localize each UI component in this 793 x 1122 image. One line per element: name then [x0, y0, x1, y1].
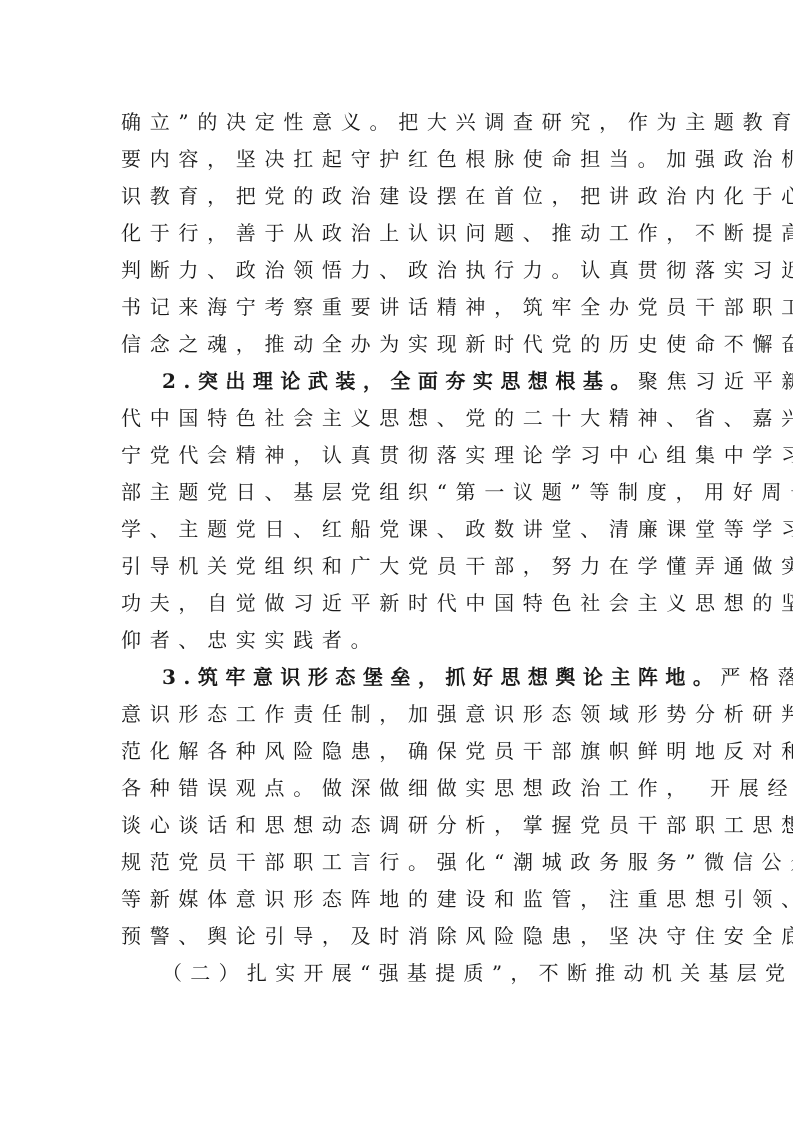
text-line: 仰者、忠实实践者。 [121, 622, 673, 659]
text-line: 引导机关党组织和广大党员干部，努力在学懂弄通做实上下 [121, 548, 673, 585]
text-line: 确立”的决定性意义。把大兴调查研究，作为主题教育的重 [121, 104, 673, 141]
text-line: 各种错误观点。做深做细做实思想政治工作， 开展经常性 [121, 770, 673, 807]
text-line: 书记来海宁考察重要讲话精神，筑牢全办党员干部职工理想 [121, 289, 673, 326]
paragraph-2-lead: 聚焦习近平新时 [638, 369, 793, 393]
document-page: 确立”的决定性意义。把大兴调查研究，作为主题教育的重 要内容，坚决扛起守护红色根… [0, 0, 793, 1122]
paragraph-2-heading: 2.突出理论武装，全面夯实思想根基。 [162, 369, 638, 393]
text-line: 部主题党日、基层党组织“第一议题”等制度，用好周一夜 [121, 474, 673, 511]
text-line: 范化解各种风险隐患，确保党员干部旗帜鲜明地反对和抵制 [121, 733, 673, 770]
text-line: 谈心谈话和思想动态调研分析，掌握党员干部职工思想动态， [121, 807, 673, 844]
text-line: 功夫，自觉做习近平新时代中国特色社会主义思想的坚定信 [121, 585, 673, 622]
text-line: 学、主题党日、红船党课、政数讲堂、清廉课堂等学习载体， [121, 511, 673, 548]
paragraph-3-heading: 3.筑牢意识形态堡垒，抓好思想舆论主阵地。 [162, 665, 720, 689]
text-line: 规范党员干部职工言行。强化“潮城政务服务”微信公众号 [121, 844, 673, 881]
text-line: 代中国特色社会主义思想、党的二十大精神、省、嘉兴、海 [121, 400, 673, 437]
text-line: 预警、舆论引导，及时消除风险隐患，坚决守住安全底线。 [121, 918, 673, 955]
text-line: 要内容，坚决扛起守护红色根脉使命担当。加强政治机关意 [121, 141, 673, 178]
section-2-heading: （二）扎实开展“强基提质”，不断推动机关基层党组 [162, 955, 673, 992]
text-line: 宁党代会精神，认真贯彻落实理论学习中心组集中学习、支 [121, 437, 673, 474]
text-line: 等新媒体意识形态阵地的建设和监管，注重思想引领、预见 [121, 881, 673, 918]
text-line: 判断力、政治领悟力、政治执行力。认真贯彻落实习近平总 [121, 252, 673, 289]
text-line: 意识形态工作责任制，加强意识形态领域形势分析研判，防 [121, 696, 673, 733]
paragraph-3-lead: 严格落实 [720, 665, 793, 689]
text-line: 化于行，善于从政治上认识问题、推动工作，不断提高政治 [121, 215, 673, 252]
text-line: 识教育，把党的政治建设摆在首位，把讲政治内化于心、外 [121, 178, 673, 215]
paragraph-3-first-line: 3.筑牢意识形态堡垒，抓好思想舆论主阵地。严格落实 [162, 659, 673, 696]
text-line: 信念之魂，推动全办为实现新时代党的历史使命不懈奋斗。 [121, 326, 673, 363]
paragraph-2-first-line: 2.突出理论武装，全面夯实思想根基。聚焦习近平新时 [162, 363, 673, 400]
